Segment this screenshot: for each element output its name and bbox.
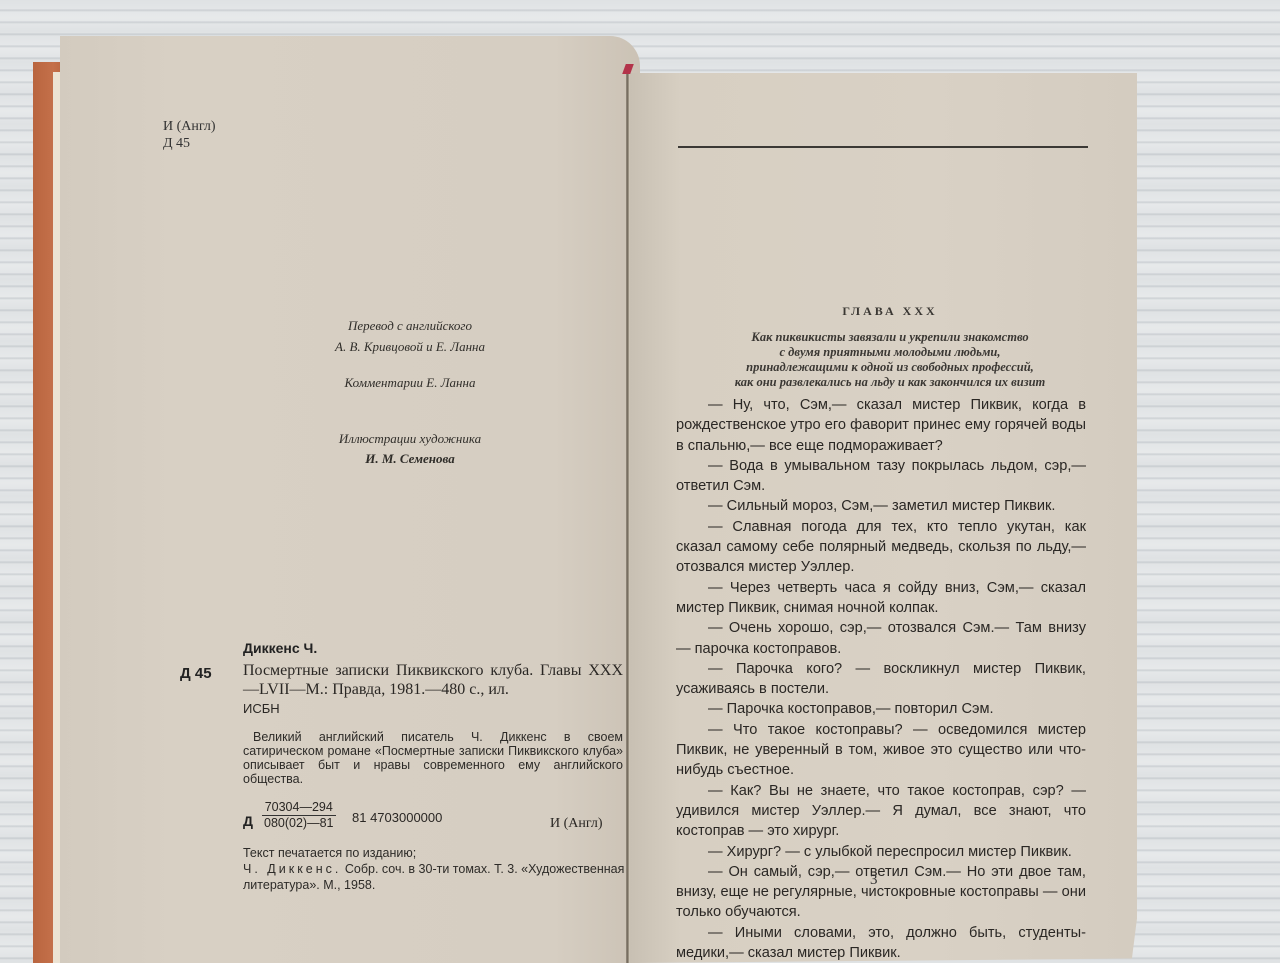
summary-line: Как пиквикисты завязали и укрепили знако… — [690, 330, 1090, 345]
udc-classification: И (Англ) Д 45 — [163, 118, 216, 152]
illustrations-label: Иллюстрации художника — [290, 431, 530, 447]
fraction-denominator: 080(02)—81 — [262, 816, 336, 831]
paragraph: — Как? Вы не знаете, что такое костоправ… — [676, 781, 1086, 842]
summary-line: с двумя приятными молодыми людьми, — [690, 345, 1090, 360]
fraction-prefix: Д — [243, 813, 253, 829]
paragraph: — Сильный мороз, Сэм,— заметил мистер Пи… — [676, 496, 1086, 516]
fraction-numerator: 70304—294 — [262, 800, 336, 816]
catalog-code: Д 45 — [180, 665, 212, 682]
paragraph: — Хирург? — с улыбкой переспросил мистер… — [676, 842, 1086, 862]
paragraph: — Вода в умывальном тазу покрылась льдом… — [676, 456, 1086, 497]
paragraph: — Парочка кого? — воскликнул мистер Пикв… — [676, 659, 1086, 700]
page-number: 3 — [870, 872, 878, 889]
commentary-credit: Комментарии Е. Ланна — [290, 375, 530, 391]
udc-line-1: И (Англ) — [163, 118, 216, 135]
source-line-2: Ч. Диккенс. Собр. соч. в 30-ти томах. Т.… — [243, 861, 633, 893]
illustrator: И. М. Семенова — [290, 451, 530, 467]
chapter-body: — Ну, что, Сэм,— сказал мистер Пиквик, к… — [676, 395, 1086, 963]
udc-line-2: Д 45 — [163, 135, 216, 152]
catalog-fraction: 70304—294 080(02)—81 — [262, 800, 336, 831]
paragraph: — Иными словами, это, должно быть, студе… — [676, 923, 1086, 963]
source-line-1: Текст печатается по изданию; — [243, 845, 633, 861]
paragraph: — Парочка костоправов,— повторил Сэм. — [676, 699, 1086, 719]
summary-line: принадлежащими к одной из свободных проф… — [690, 360, 1090, 375]
bibliographic-text: Посмертные записки Пиквикского клуба. Гл… — [243, 662, 623, 698]
paragraph: — Очень хорошо, сэр,— отозвался Сэм.— Та… — [676, 618, 1086, 659]
paragraph: — Что такое костоправы? — осведомился ми… — [676, 720, 1086, 781]
translation-label: Перевод с английского — [290, 318, 530, 334]
bibliographic-entry: Посмертные записки Пиквикского клуба. Гл… — [243, 661, 623, 718]
header-rule — [678, 146, 1088, 148]
book-spine-gutter — [626, 70, 629, 963]
paragraph: — Ну, что, Сэм,— сказал мистер Пиквик, к… — [676, 395, 1086, 456]
catalog-author: Диккенс Ч. — [243, 640, 317, 656]
paragraph: — Он самый, сэр,— ответил Сэм.— Но эти д… — [676, 862, 1086, 923]
summary-line: как они развлекались на льду и как закон… — [690, 375, 1090, 390]
index-number: 81 4703000000 — [352, 810, 442, 825]
udc-right: И (Англ) — [550, 816, 603, 832]
paragraph: — Славная погода для тех, кто тепло укут… — [676, 517, 1086, 578]
source-author: Ч. Диккенс. — [243, 862, 341, 876]
paragraph: — Через четверть часа я сойду вниз, Сэм,… — [676, 578, 1086, 619]
book-annotation: Великий английский писатель Ч. Диккенс в… — [243, 730, 623, 786]
isbn-label: ИСБН — [243, 701, 280, 716]
chapter-summary: Как пиквикисты завязали и укрепили знако… — [690, 330, 1090, 390]
translators: А. В. Кривцовой и Е. Ланна — [290, 339, 530, 355]
source-edition-note: Текст печатается по изданию; Ч. Диккенс.… — [243, 845, 633, 893]
chapter-title: ГЛАВА XXX — [690, 304, 1090, 319]
